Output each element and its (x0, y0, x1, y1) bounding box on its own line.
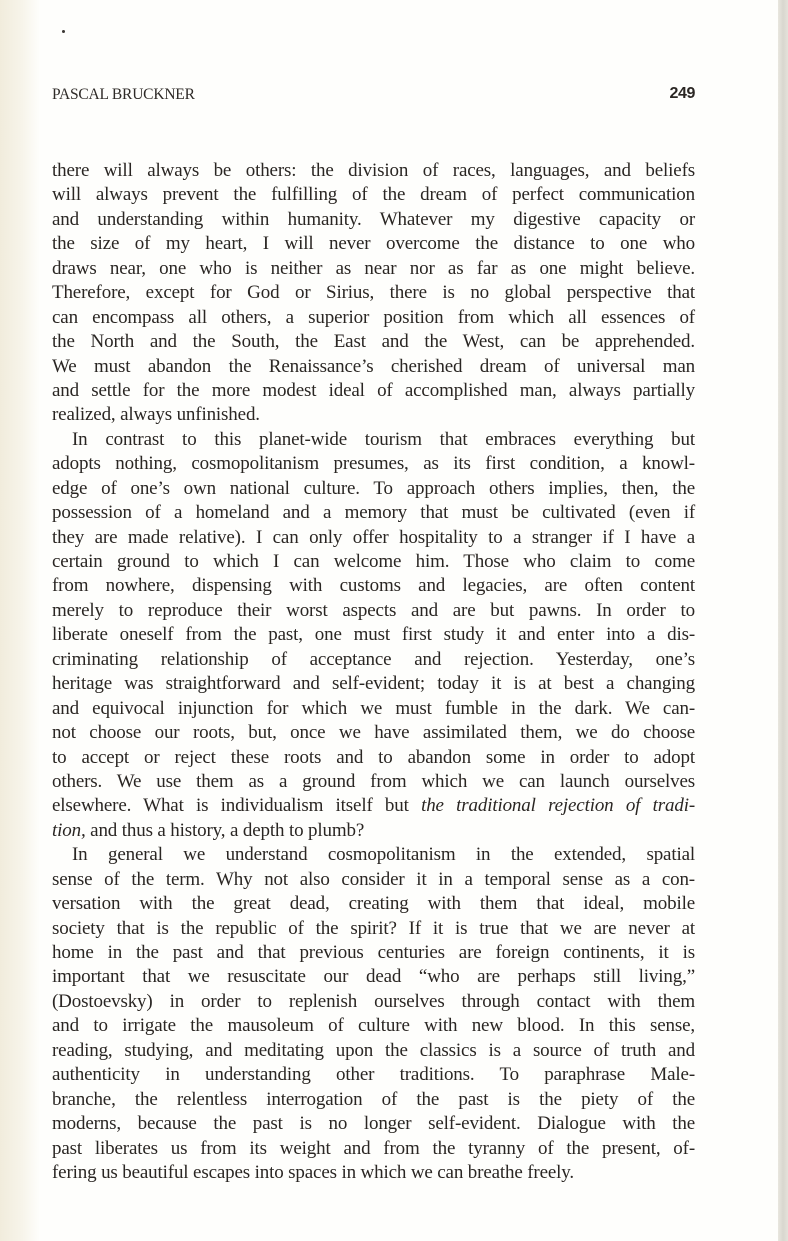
text-line: possession of a homeland and a memory th… (52, 501, 695, 525)
text-line: branche, the relentless interrogation of… (52, 1088, 695, 1112)
text-line: past liberates us from its weight and fr… (52, 1137, 695, 1161)
text-line: the North and the South, the East and th… (52, 330, 695, 354)
text-line: to accept or reject these roots and to a… (52, 746, 695, 770)
text-line-paragraph-end: fering us beautiful escapes into spaces … (52, 1161, 695, 1185)
text-line: adopts nothing, cosmopolitanism presumes… (52, 452, 695, 476)
text-line: versation with the great dead, creating … (52, 892, 695, 916)
text-line: and to irrigate the mausoleum of culture… (52, 1014, 695, 1038)
text-line-with-italic: elsewhere. What is individualism itself … (52, 794, 695, 818)
text-line: and equivocal injunction for which we mu… (52, 697, 695, 721)
italic-emphasis: tion, (52, 820, 86, 841)
text-line: draws near, one who is neither as near n… (52, 257, 695, 281)
text-line: heritage was straightforward and self-ev… (52, 672, 695, 696)
text-line: there will always be others: the divisio… (52, 159, 695, 183)
text-line: can encompass all others, a superior pos… (52, 306, 695, 330)
text-line-paragraph-start: In contrast to this planet-wide tourism … (52, 428, 695, 452)
text-line: edge of one’s own national culture. To a… (52, 477, 695, 501)
text-line-paragraph-end: tion, and thus a history, a depth to plu… (52, 819, 695, 843)
text-run: and thus a history, a depth to plumb? (86, 820, 365, 841)
text-line: reading, studying, and meditating upon t… (52, 1039, 695, 1063)
text-line: and understanding within humanity. Whate… (52, 208, 695, 232)
page-right-edge-binding (778, 0, 788, 1241)
italic-emphasis: the traditional rejection of tradi- (421, 795, 695, 816)
text-line: criminating relationship of acceptance a… (52, 648, 695, 672)
text-line: others. We use them as a ground from whi… (52, 770, 695, 794)
text-line: Therefore, except for God or Sirius, the… (52, 281, 695, 305)
text-line: We must abandon the Renaissance’s cheris… (52, 355, 695, 379)
text-run: elsewhere. What is individualism itself … (52, 795, 421, 816)
running-head: PASCAL BRUCKNER 249 (52, 86, 695, 108)
text-line: from nowhere, dispensing with customs an… (52, 574, 695, 598)
text-line: and settle for the more modest ideal of … (52, 379, 695, 403)
body-text: there will always be others: the divisio… (52, 159, 695, 1185)
text-line: liberate oneself from the past, one must… (52, 623, 695, 647)
scan-speck (62, 30, 65, 33)
text-line: home in the past and that previous centu… (52, 941, 695, 965)
text-line: important that we resuscitate our dead “… (52, 965, 695, 989)
text-line: the size of my heart, I will never overc… (52, 232, 695, 256)
text-line: certain ground to which I can welcome hi… (52, 550, 695, 574)
page-number: 249 (670, 85, 696, 103)
text-line: society that is the republic of the spir… (52, 917, 695, 941)
text-line: not choose our roots, but, once we have … (52, 721, 695, 745)
text-line: authenticity in understanding other trad… (52, 1063, 695, 1087)
running-head-author: PASCAL BRUCKNER (52, 86, 195, 104)
page-left-edge-shadow (0, 0, 40, 1241)
text-line: moderns, because the past is no longer s… (52, 1112, 695, 1136)
text-line-paragraph-start: In general we understand cosmopolitanism… (52, 843, 695, 867)
text-line-paragraph-end: realized, always unfinished. (52, 403, 695, 427)
text-line: will always prevent the fulfilling of th… (52, 183, 695, 207)
text-line: (Dostoevsky) in order to replenish ourse… (52, 990, 695, 1014)
text-line: sense of the term. Why not also consider… (52, 868, 695, 892)
text-line: merely to reproduce their worst aspects … (52, 599, 695, 623)
text-line: they are made relative). I can only offe… (52, 526, 695, 550)
